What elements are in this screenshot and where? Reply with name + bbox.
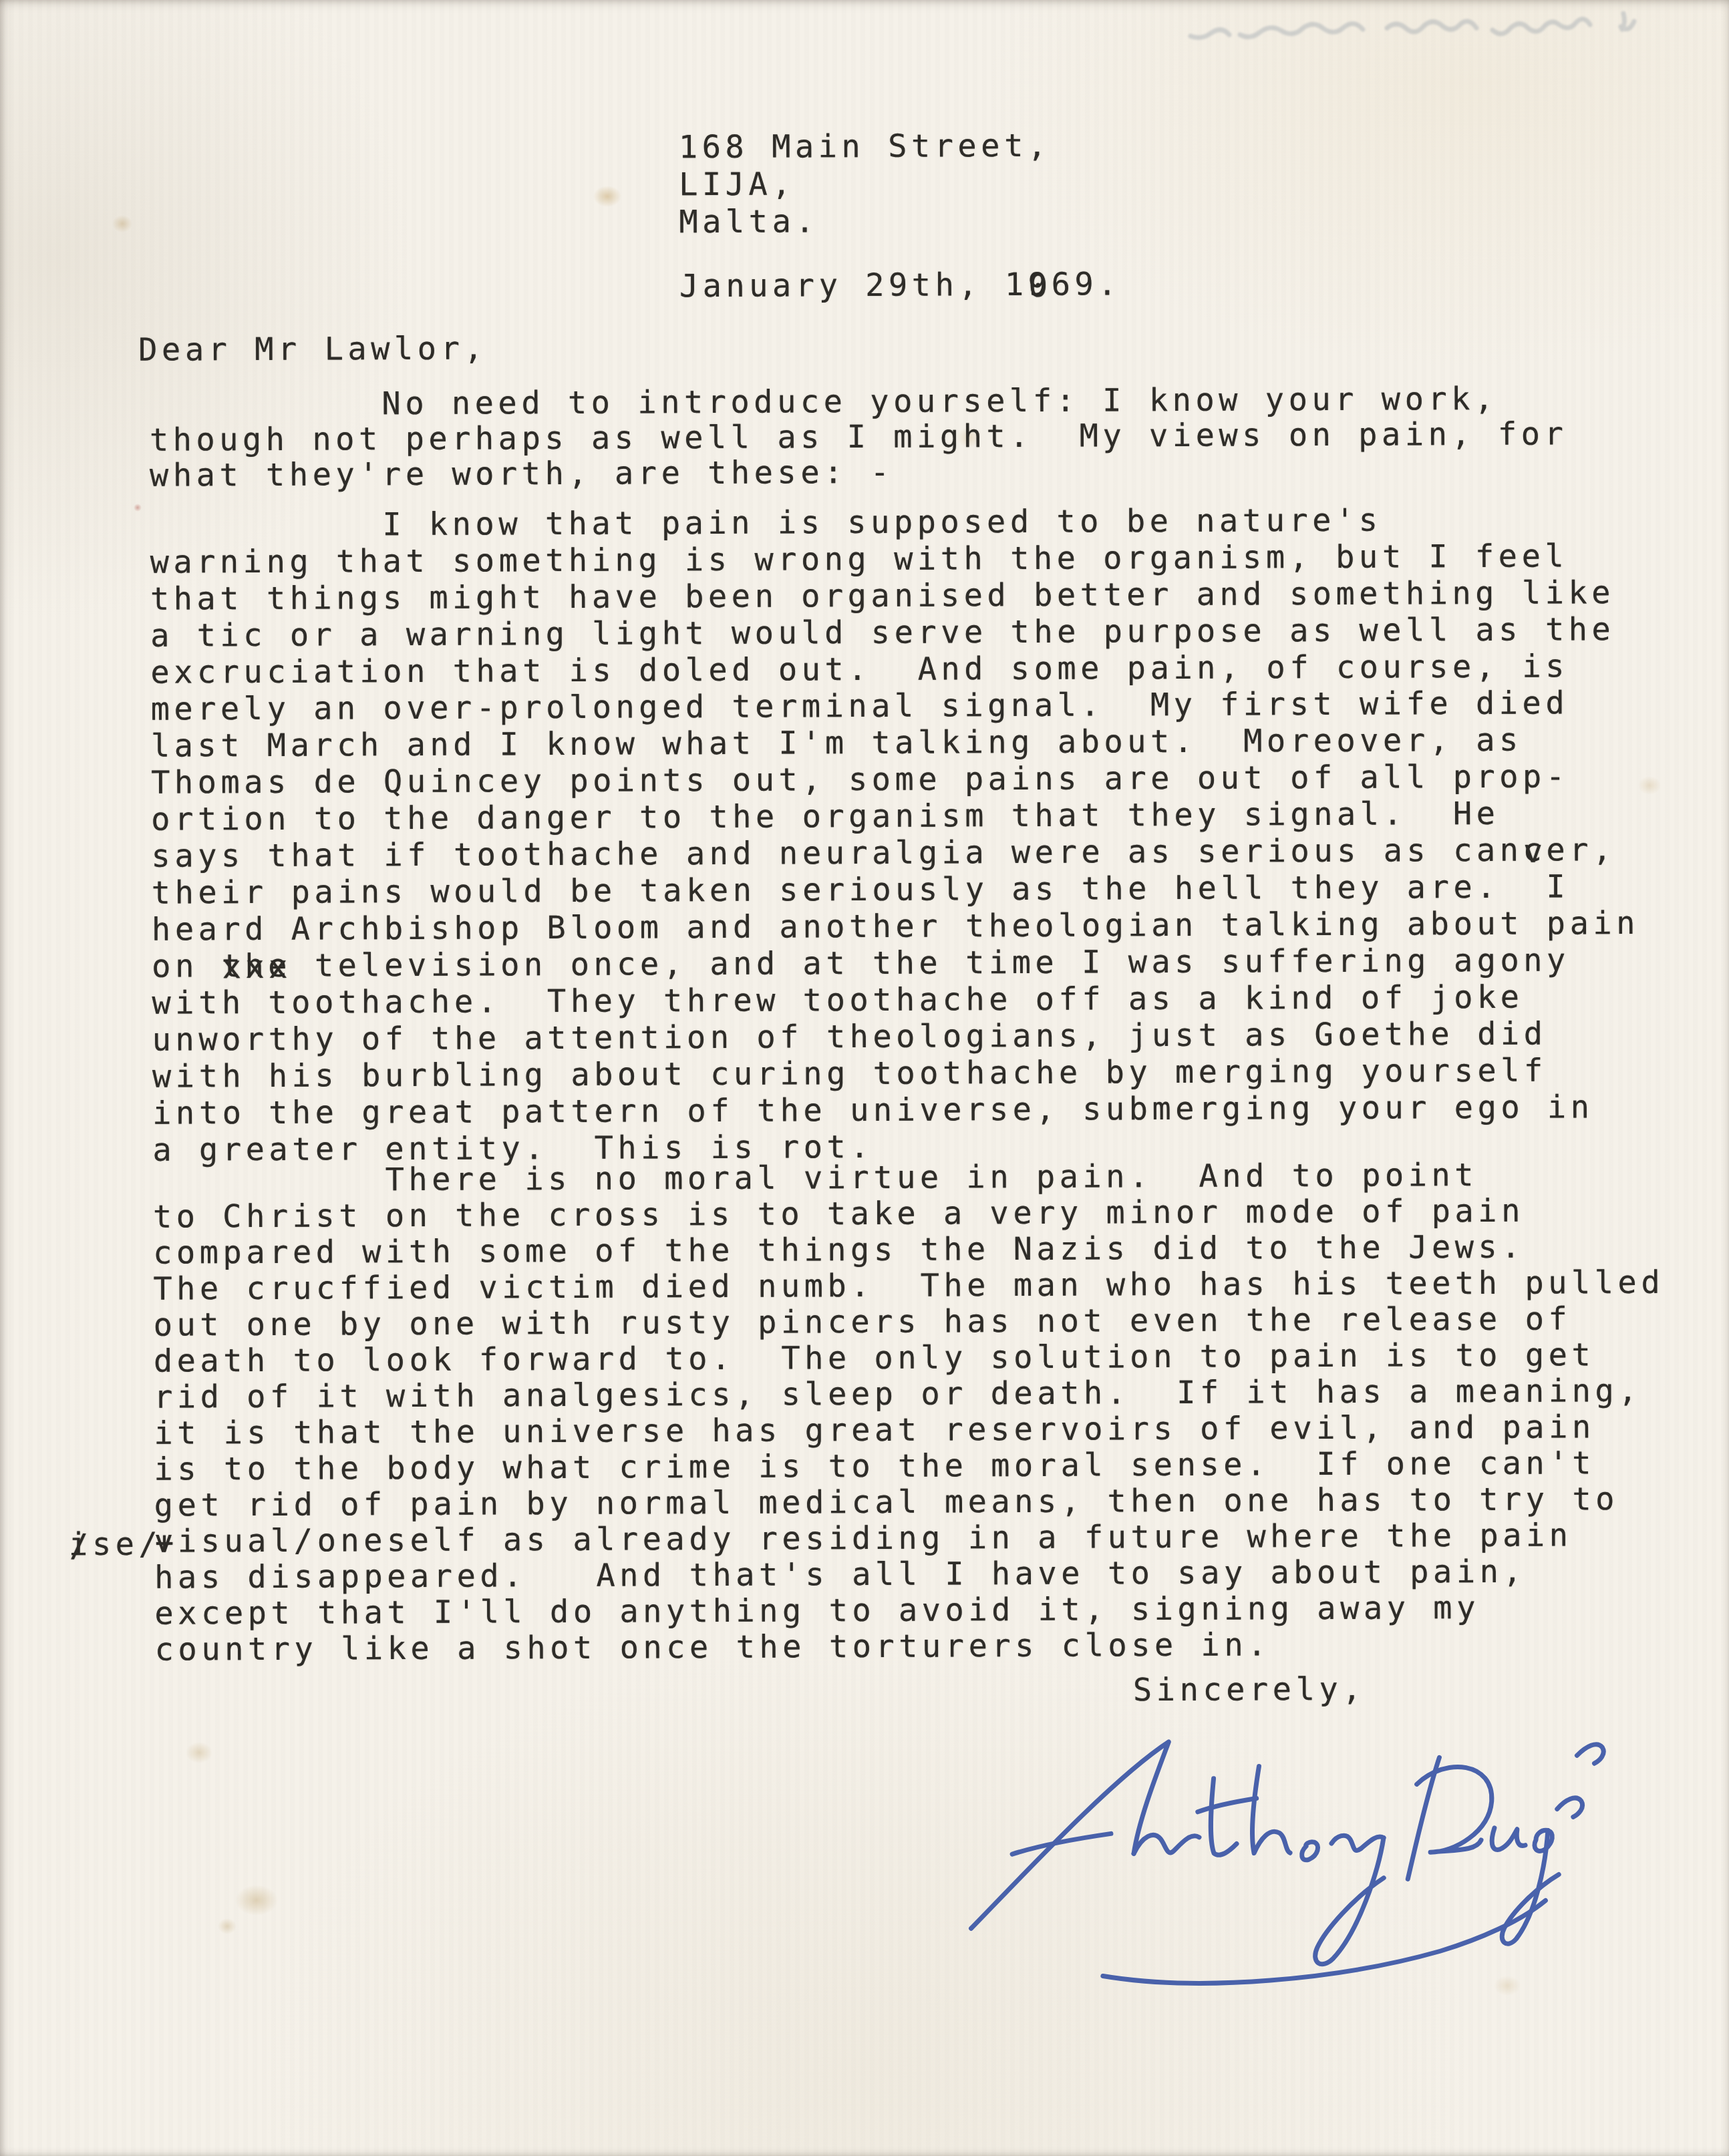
margin-correction-note: ise/ (69, 1526, 162, 1564)
overtyped-text: 9 (1028, 266, 1052, 304)
typed-letter: 168 Main Street,LIJA,Malta. January 29th… (0, 0, 1729, 2156)
typed-line: their pains would be taken seriously as … (152, 868, 1639, 912)
return-address: 168 Main Street,LIJA,Malta. (679, 128, 1051, 241)
typed-line: a tic or a warning light would serve the… (150, 611, 1638, 655)
overtyped-text: i (69, 1526, 92, 1563)
typed-line: country like a shot once the torturers c… (155, 1626, 1666, 1668)
typed-line: into the great pattern of the universe, … (152, 1089, 1640, 1132)
typed-line: says that if toothache and neuralgia wer… (151, 832, 1639, 875)
typed-line: unworthy of the attention of theologians… (152, 1015, 1640, 1059)
typed-line: Malta. (679, 202, 1051, 241)
typed-line: merely an over-prolonged terminal signal… (150, 685, 1638, 728)
typed-line: except that I'll do anything to avoid it… (154, 1590, 1666, 1632)
typed-line: what they're worth, are these: - (150, 452, 1568, 493)
typed-line: on the television once, and at the time … (152, 942, 1639, 985)
paragraph-1: No need to introduce yourself: I know yo… (149, 381, 1567, 493)
letter-date: January 29th, 1969. (679, 266, 1121, 305)
typed-line: that things might have been organised be… (150, 574, 1638, 618)
typed-line: warning that something is wrong with the… (150, 538, 1638, 581)
paragraph-2: I know that pain is supposed to be natur… (150, 501, 1640, 1169)
typed-line: I know that pain is supposed to be natur… (150, 501, 1637, 544)
typed-line: with toothache. They threw toothache off… (152, 978, 1639, 1022)
typed-line: last March and I know what I'm talking a… (151, 721, 1639, 765)
paragraph-3: There is no moral virtue in pain. And to… (153, 1157, 1666, 1668)
typed-line: ise/ (69, 1526, 162, 1564)
typed-line: January 29th, 1969. (679, 266, 1121, 305)
typed-line: excruciation that is doled out. And some… (150, 648, 1638, 691)
overtyped-text: the (222, 948, 292, 984)
typed-line: with his burbling about curing toothache… (152, 1052, 1640, 1095)
salutation: Dear Mr Lawlor, (138, 330, 487, 368)
letter-page: 168 Main Street,LIJA,Malta. January 29th… (0, 0, 1729, 2156)
signature-autograph (911, 1676, 1614, 2000)
typed-line: heard Archbishop Bloom and another theol… (152, 905, 1639, 948)
typed-line: 168 Main Street, (679, 128, 1051, 166)
typed-line: ortion to the danger to the organism tha… (151, 795, 1639, 838)
typed-line: Thomas de Quincey points out, some pains… (151, 758, 1639, 801)
typed-line: LIJA, (679, 165, 1051, 204)
overtyped-text: c (1523, 832, 1546, 869)
typed-line: though not perhaps as well as I might. M… (150, 416, 1568, 458)
